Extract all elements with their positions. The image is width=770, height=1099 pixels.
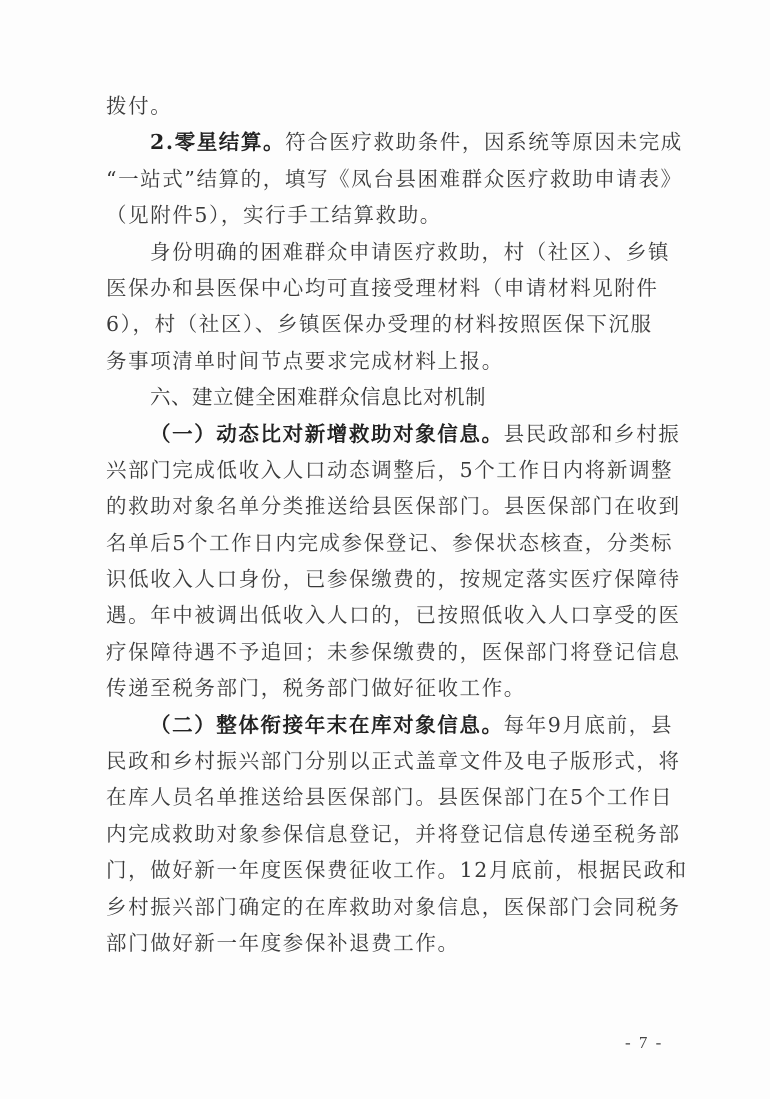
text-segment: 门，做好新一年度医保费征收工作。12月底前，根据民政和 (106, 858, 688, 882)
text-line: 门，做好新一年度医保费征收工作。12月底前，根据民政和 (106, 852, 686, 888)
text-line: 医保办和县医保中心均可直接受理材料（申请材料见附件 (106, 270, 686, 306)
text-line: 识低收入人口身份，已参保缴费的，按规定落实医疗保障待 (106, 561, 686, 597)
bold-subheading: （一）动态比对新增救助对象信息。 (150, 422, 504, 446)
text-segment: 符合医疗救助条件，因系统等原因未完成 (285, 130, 683, 154)
text-line: 6），村（社区）、乡镇医保办受理的材料按照医保下沉服 (106, 306, 686, 342)
text-line: 在库人员名单推送给县医保部门。县医保部门在5个工作日 (106, 779, 686, 815)
text-segment: 医保办和县医保中心均可直接受理材料（申请材料见附件 (106, 276, 659, 300)
text-segment: 县民政部和乡村振 (504, 422, 681, 446)
text-segment: 身份明确的困难群众申请医疗救助，村（社区）、乡镇 (150, 240, 670, 264)
text-line: （见附件5），实行手工结算救助。 (106, 197, 686, 233)
text-segment: 在库人员名单推送给县医保部门。县医保部门在5个工作日 (106, 785, 673, 809)
text-segment: 六、建立健全困难群众信息比对机制 (150, 385, 486, 409)
text-segment: 兴部门完成低收入人口动态调整后，5个工作日内将新调整 (106, 458, 673, 482)
text-segment: 拨付。 (106, 94, 172, 118)
text-line: 部门做好新一年度参保补退费工作。 (106, 925, 686, 961)
text-line: 拨付。 (106, 88, 686, 124)
section-heading: 六、建立健全困难群众信息比对机制 (106, 379, 686, 415)
text-line: 务事项清单时间节点要求完成材料上报。 (106, 343, 686, 379)
text-segment: 部门做好新一年度参保补退费工作。 (106, 931, 460, 955)
text-segment: 的救助对象名单分类推送给县医保部门。县医保部门在收到 (106, 494, 681, 518)
text-segment: 疗保障待遇不予追回；未参保缴费的，医保部门将登记信息 (106, 640, 681, 664)
text-line: 的救助对象名单分类推送给县医保部门。县医保部门在收到 (106, 488, 686, 524)
document-body: 拨付。2.零星结算。符合医疗救助条件，因系统等原因未完成“一站式”结算的，填写《… (106, 88, 686, 961)
text-segment: 内完成救助对象参保信息登记，并将登记信息传递至税务部 (106, 822, 681, 846)
text-segment: 务事项清单时间节点要求完成材料上报。 (106, 349, 504, 373)
document-page: 拨付。2.零星结算。符合医疗救助条件，因系统等原因未完成“一站式”结算的，填写《… (0, 0, 770, 1099)
text-segment: （见附件5），实行手工结算救助。 (106, 203, 442, 227)
text-line: 乡村振兴部门确定的在库救助对象信息，医保部门会同税务 (106, 889, 686, 925)
text-line: 兴部门完成低收入人口动态调整后，5个工作日内将新调整 (106, 452, 686, 488)
text-segment: 民政和乡村振兴部门分别以正式盖章文件及电子版形式，将 (106, 749, 681, 773)
bold-subheading: 2.零星结算。 (150, 130, 285, 154)
text-line: 内完成救助对象参保信息登记，并将登记信息传递至税务部 (106, 816, 686, 852)
text-line: 民政和乡村振兴部门分别以正式盖章文件及电子版形式，将 (106, 743, 686, 779)
text-line: 身份明确的困难群众申请医疗救助，村（社区）、乡镇 (106, 234, 686, 270)
text-line: 2.零星结算。符合医疗救助条件，因系统等原因未完成 (106, 124, 686, 160)
text-line: “一站式”结算的，填写《凤台县困难群众医疗救助申请表》 (106, 161, 686, 197)
text-segment: 传递至税务部门，税务部门做好征收工作。 (106, 676, 526, 700)
text-line: （二）整体衔接年末在库对象信息。每年9月底前，县 (106, 707, 686, 743)
text-line: 名单后5个工作日内完成参保登记、参保状态核查，分类标 (106, 525, 686, 561)
page-number: - 7 - (625, 1033, 663, 1053)
text-segment: 遇。年中被调出低收入人口的，已按照低收入人口享受的医 (106, 603, 681, 627)
text-line: （一）动态比对新增救助对象信息。县民政部和乡村振 (106, 416, 686, 452)
text-segment: 乡村振兴部门确定的在库救助对象信息，医保部门会同税务 (106, 895, 681, 919)
text-segment: 每年9月底前，县 (504, 713, 673, 737)
text-segment: 识低收入人口身份，已参保缴费的，按规定落实医疗保障待 (106, 567, 681, 591)
text-line: 遇。年中被调出低收入人口的，已按照低收入人口享受的医 (106, 597, 686, 633)
text-line: 疗保障待遇不予追回；未参保缴费的，医保部门将登记信息 (106, 634, 686, 670)
text-segment: 名单后5个工作日内完成参保登记、参保状态核查，分类标 (106, 531, 673, 555)
bold-subheading: （二）整体衔接年末在库对象信息。 (150, 713, 504, 737)
text-segment: 6），村（社区）、乡镇医保办受理的材料按照医保下沉服 (106, 312, 653, 336)
text-segment: “一站式”结算的，填写《凤台县困难群众医疗救助申请表》 (106, 167, 683, 191)
text-line: 传递至税务部门，税务部门做好征收工作。 (106, 670, 686, 706)
